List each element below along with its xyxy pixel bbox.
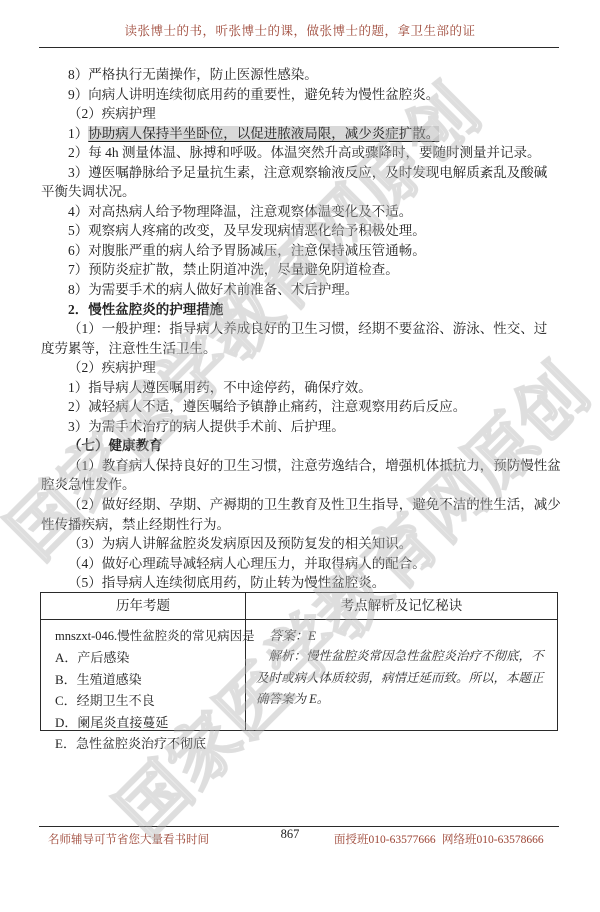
body-line: （3）为病人讲解盆腔炎发病原因及预防复发的相关知识。 (41, 534, 559, 554)
body-line: （2）疾病护理 (41, 104, 559, 124)
body-line: 2）每 4h 测量体温、脉搏和呼吸。体温突然升高或骤降时，要随时测量并记录。 (41, 143, 559, 163)
body-line: 2）减轻病人不适，遵医嘱给予镇静止痛药，注意观察用药后反应。 (41, 397, 559, 417)
header-slogan: 读张博士的书，听张博士的课，做张博士的题，拿卫生部的证 (0, 21, 600, 39)
body-line: 5）观察病人疼痛的改变，及早发现病情恶化给予积极处理。 (41, 221, 559, 241)
contact-phone-onsite-class: 面授班010-63577666 (334, 831, 436, 847)
body-line: 性传播疾病，禁止经期性行为。 (41, 515, 559, 535)
footer-slogan: 名师辅导可节省您大量看书时间 (48, 831, 209, 847)
body-line: （1）教育病人保持良好的卫生习惯，注意劳逸结合，增强机体抵抗力，预防慢性盆 (41, 456, 559, 476)
body-line: 8）严格执行无菌操作，防止医源性感染。 (41, 65, 559, 85)
question-id: mnszxt-046.慢性盆腔炎的常见病因是 (55, 625, 239, 647)
body-line: 1）协助病人保持半坐卧位，以促进脓液局限，减少炎症扩散。 (41, 124, 559, 144)
body-line: 腔炎急性发作。 (41, 475, 559, 495)
body-line: 平衡失调状况。 (41, 182, 559, 202)
body-line: （5）指导病人连续彻底用药，防止转为慢性盆腔炎。 (41, 573, 559, 593)
body-line: 7）预防炎症扩散，禁止阴道冲洗，尽量避免阴道检查。 (41, 260, 559, 280)
scanned-book-page: 国家医学教育网原创 国家医学教育网原创 读张博士的书，听张博士的课，做张博士的题… (0, 0, 600, 912)
question-option: A．产后感染 (55, 647, 239, 669)
question-option: D．阑尾炎直接蔓延 (55, 712, 239, 734)
exam-table-header-questions: 历年考题 (41, 593, 246, 619)
body-text: 8）严格执行无菌操作，防止医源性感染。9）向病人讲明连续彻底用药的重要性，避免转… (41, 65, 559, 593)
explanation-text: 解析：慢性盆腔炎常因急性盆腔炎治疗不彻底，不及时或病人体质较弱，病情迁延而致。所… (256, 646, 549, 711)
question-option: B．生殖道感染 (55, 669, 239, 691)
body-line-prefix: 1） (68, 126, 88, 141)
body-line: （4）做好心理疏导减轻病人心理压力，并取得病人的配合。 (41, 554, 559, 574)
answer-text: 答案：E (256, 625, 549, 646)
question-option: C．经期卫生不良 (55, 690, 239, 712)
analysis-cell: 答案：E 解析：慢性盆腔炎常因急性盆腔炎治疗不彻底，不及时或病人体质较弱，病情迁… (246, 620, 557, 730)
question-options: A．产后感染B．生殖道感染C．经期卫生不良D．阑尾炎直接蔓延E．急性盆腔炎治疗不… (55, 647, 239, 755)
body-line: （1）一般护理：指导病人养成良好的卫生习惯，经期不要盆浴、游泳、性交、过 (41, 319, 559, 339)
exam-table-header-analysis: 考点解析及记忆秘诀 (246, 593, 557, 619)
body-line: 1）指导病人遵医嘱用药，不中途停药，确保疗效。 (41, 378, 559, 398)
body-line: 8）为需要手术的病人做好术前准备、术后护理。 (41, 280, 559, 300)
body-line: 3）为需手术治疗的病人提供手术前、后护理。 (41, 417, 559, 437)
body-line: 9）向病人讲明连续彻底用药的重要性，避免转为慢性盆腔炎。 (41, 85, 559, 105)
body-line: （七）健康教育 (41, 436, 559, 456)
exam-table-body-row: mnszxt-046.慢性盆腔炎的常见病因是 A．产后感染B．生殖道感染C．经期… (41, 620, 557, 730)
question-option: E．急性盆腔炎治疗不彻底 (55, 733, 239, 755)
exam-table: 历年考题 考点解析及记忆秘诀 mnszxt-046.慢性盆腔炎的常见病因是 A．… (40, 592, 558, 731)
page-number: 867 (268, 827, 312, 842)
body-line: 3）遵医嘱静脉给予足量抗生素，注意观察输液反应，及时发现电解质紊乱及酸碱 (41, 163, 559, 183)
body-line: 度劳累等，注意性生活卫生。 (41, 339, 559, 359)
question-cell: mnszxt-046.慢性盆腔炎的常见病因是 A．产后感染B．生殖道感染C．经期… (41, 620, 246, 730)
exam-table-header-row: 历年考题 考点解析及记忆秘诀 (41, 593, 557, 620)
body-line: （2）疾病护理 (41, 358, 559, 378)
header-rule (39, 47, 559, 48)
body-line: 2．慢性盆腔炎的护理措施 (41, 300, 559, 320)
body-line: 6）对腹胀严重的病人给予胃肠减压，注意保持减压管通畅。 (41, 241, 559, 261)
body-line: 4）对高热病人给予物理降温，注意观察体温变化及不适。 (41, 202, 559, 222)
highlighted-text: 协助病人保持半坐卧位，以促进脓液局限，减少炎症扩散。 (88, 126, 439, 141)
body-line: （2）做好经期、孕期、产褥期的卫生教育及性卫生指导，避免不洁的性生活，减少 (41, 495, 559, 515)
contact-phone-online-class: 网络班010-63578666 (442, 831, 544, 847)
